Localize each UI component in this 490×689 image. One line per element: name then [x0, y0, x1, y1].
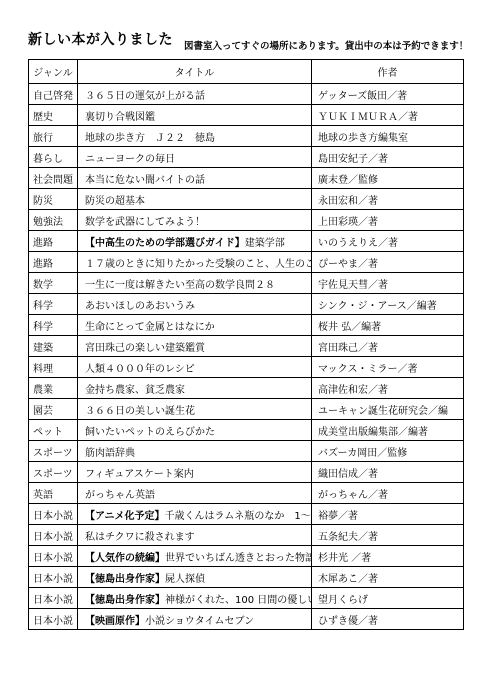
author-cell: 地球の歩き方編集室	[312, 126, 464, 147]
genre-label: 日本小説	[33, 532, 73, 543]
title-prefix: 【徳島出身作家】	[85, 595, 165, 606]
author-label: シンク・ジ・アース／編著	[318, 301, 437, 312]
table-row: 英語 がっちゃん英語 がっちゃん／著	[29, 483, 464, 504]
author-label: ユーキャン誕生花研究会／編	[318, 406, 448, 417]
title-text: ３６５日の運気が上がる話	[85, 91, 205, 102]
title-cell: 地球の歩き方 Ｊ２２ 徳島	[78, 126, 312, 147]
title-text: ニューヨークの毎日	[85, 154, 175, 165]
title-cell: 宮田珠己の楽しい建築鑑賞	[78, 336, 312, 357]
title-text: 私はチクワに殺されます	[85, 532, 195, 543]
author-cell: ゲッターズ飯田／著	[312, 84, 464, 105]
table-row: ペット 飼いたいペットのえらびかた 成美堂出版編集部／編著	[29, 420, 464, 441]
title-prefix: 【人気作の続編】	[85, 553, 165, 564]
title-cell: フィギュアスケート案内	[78, 462, 312, 483]
table-row: 農業 金持ち農家、貧乏農家 高津佐和宏／著	[29, 378, 464, 399]
genre-label: 日本小説	[33, 616, 73, 627]
title-text: 生命にとって金属とはなにか	[85, 322, 215, 333]
table-row: 歴史 裏切り合戦図鑑 ＹＵＫＩＭＵＲＡ／著	[29, 105, 464, 126]
title-text: がっちゃん英語	[85, 490, 155, 501]
genre-cell: 自己啓発	[29, 84, 78, 105]
title-cell: ニューヨークの毎日	[78, 147, 312, 168]
author-cell: 宇佐見天彗／著	[312, 273, 464, 294]
title-cell: がっちゃん英語	[78, 483, 312, 504]
genre-label: 日本小説	[33, 511, 73, 522]
genre-cell: 日本小説	[29, 546, 78, 567]
title-cell: 一生に一度は解きたい至高の数学良問２８	[78, 273, 312, 294]
new-books-table: ジャンル タイトル 作者 自己啓発 ３６５日の運気が上がる話 ゲッターズ飯田／著…	[28, 59, 464, 630]
genre-label: 旅行	[33, 133, 53, 144]
genre-label: 進路	[33, 238, 53, 249]
genre-cell: 防災	[29, 189, 78, 210]
table-row: 自己啓発 ３６５日の運気が上がる話 ゲッターズ飯田／著	[29, 84, 464, 105]
genre-cell: 日本小説	[29, 588, 78, 609]
genre-cell: 科学	[29, 294, 78, 315]
author-label: 裕夢／著	[318, 511, 358, 522]
title-text: 神様がくれた、100 日間の優しい奇跡	[165, 595, 312, 606]
table-row: 日本小説 【人気作の続編】世界でいちばん透きとおった物語２ 杉井光 ／著	[29, 546, 464, 567]
author-cell: ぴーやま／著	[312, 252, 464, 273]
author-cell: バズーカ岡田／監修	[312, 441, 464, 462]
genre-label: 社会問題	[33, 175, 73, 186]
header-row: ジャンル タイトル 作者	[29, 60, 464, 84]
title-prefix: 【映画原作】	[85, 616, 145, 627]
author-label: マックス・ミラー／著	[318, 364, 418, 375]
author-cell: 桜井 弘／編著	[312, 315, 464, 336]
title-cell: 私はチクワに殺されます	[78, 525, 312, 546]
genre-label: 勉強法	[33, 217, 63, 228]
title-prefix: 【徳島出身作家】	[85, 574, 165, 585]
genre-cell: 料理	[29, 357, 78, 378]
genre-label: 日本小説	[33, 574, 73, 585]
author-label: 桜井 弘／編著	[318, 322, 381, 333]
title-text: １７歳のときに知りたかった受験のこと、人生のこと。	[85, 259, 312, 270]
title-text: 防災の超基本	[85, 196, 145, 207]
genre-label: ペット	[33, 427, 63, 438]
title-text: 本当に危ない闇バイトの話	[85, 175, 205, 186]
table-row: スポーツ フィギュアスケート案内 織田信成／著	[29, 462, 464, 483]
author-label: ＹＵＫＩＭＵＲＡ／著	[318, 112, 418, 123]
author-cell: ユーキャン誕生花研究会／編	[312, 399, 464, 420]
genre-cell: ペット	[29, 420, 78, 441]
title-text: 地球の歩き方 Ｊ２２ 徳島	[85, 133, 215, 144]
genre-cell: 建築	[29, 336, 78, 357]
author-label: 織田信成／著	[318, 469, 378, 480]
table-row: 建築 宮田珠己の楽しい建築鑑賞 宮田珠己／著	[29, 336, 464, 357]
genre-label: 日本小説	[33, 595, 73, 606]
table-row: 進路 １７歳のときに知りたかった受験のこと、人生のこと。 ぴーやま／著	[29, 252, 464, 273]
title-text: 小説ショウタイムセブン	[145, 616, 254, 627]
author-cell: 木犀あこ／著	[312, 567, 464, 588]
author-label: 上田彩瑛／著	[318, 217, 378, 228]
author-label: 成美堂出版編集部／編著	[318, 427, 428, 438]
table-row: 防災 防災の超基本 永田宏和／著	[29, 189, 464, 210]
author-label: 高津佐和宏／著	[318, 385, 388, 396]
title-text: 人類４０００年のレシピ	[85, 364, 195, 375]
genre-cell: 英語	[29, 483, 78, 504]
title-prefix: 【アニメ化予定】	[85, 511, 165, 522]
genre-cell: 進路	[29, 252, 78, 273]
author-cell: 織田信成／著	[312, 462, 464, 483]
genre-label: 英語	[33, 490, 53, 501]
author-label: がっちゃん／著	[318, 490, 388, 501]
table-row: スポーツ 筋肉語辞典 バズーカ岡田／監修	[29, 441, 464, 462]
author-label: 島田安紀子／著	[318, 154, 388, 165]
genre-label: 自己啓発	[33, 91, 73, 102]
title-cell: 生命にとって金属とはなにか	[78, 315, 312, 336]
author-cell: いのうえりえ／著	[312, 231, 464, 252]
table-row: 社会問題 本当に危ない闇バイトの話 廣末登／監修	[29, 168, 464, 189]
author-label: ひずき優／著	[318, 616, 378, 627]
author-label: 杉井光 ／著	[318, 553, 371, 564]
table-row: 日本小説 【徳島出身作家】神様がくれた、100 日間の優しい奇跡 望月くらげ	[29, 588, 464, 609]
genre-label: 料理	[33, 364, 53, 375]
title-cell: 【アニメ化予定】千歳くんはラムネ瓶のなか 1～3	[78, 504, 312, 525]
table-header: ジャンル タイトル 作者	[29, 60, 464, 84]
author-cell: 島田安紀子／著	[312, 147, 464, 168]
genre-cell: 進路	[29, 231, 78, 252]
title-cell: 【徳島出身作家】屍人探偵	[78, 567, 312, 588]
table-row: 科学 あおいほしのあおいうみ シンク・ジ・アース／編著	[29, 294, 464, 315]
author-cell: 五条紀夫／著	[312, 525, 464, 546]
genre-cell: 旅行	[29, 126, 78, 147]
genre-label: 建築	[33, 343, 53, 354]
title-cell: ３６６日の美しい誕生花	[78, 399, 312, 420]
title-text: 飼いたいペットのえらびかた	[85, 427, 215, 438]
genre-cell: 暮らし	[29, 147, 78, 168]
genre-label: 数学	[33, 280, 53, 291]
title-text: 筋肉語辞典	[85, 448, 135, 459]
title-prefix: 【中高生のための学部選びガイド】	[85, 238, 245, 249]
genre-cell: スポーツ	[29, 441, 78, 462]
table-row: 日本小説 【アニメ化予定】千歳くんはラムネ瓶のなか 1～3 裕夢／著	[29, 504, 464, 525]
title-cell: 筋肉語辞典	[78, 441, 312, 462]
author-label: 宮田珠己／著	[318, 343, 378, 354]
table-row: 料理 人類４０００年のレシピ マックス・ミラー／著	[29, 357, 464, 378]
author-label: ゲッターズ飯田／著	[318, 91, 407, 102]
title-cell: 裏切り合戦図鑑	[78, 105, 312, 126]
table-row: 数学 一生に一度は解きたい至高の数学良問２８ 宇佐見天彗／著	[29, 273, 464, 294]
genre-cell: 日本小説	[29, 525, 78, 546]
genre-label: スポーツ	[33, 469, 73, 480]
title-text: 屍人探偵	[165, 574, 205, 585]
genre-label: スポーツ	[33, 448, 73, 459]
table-row: 進路 【中高生のための学部選びガイド】建築学部 いのうえりえ／著	[29, 231, 464, 252]
title-text: 建築学部	[245, 238, 285, 249]
genre-cell: 日本小説	[29, 567, 78, 588]
author-label: 永田宏和／著	[318, 196, 378, 207]
author-cell: 宮田珠己／著	[312, 336, 464, 357]
author-label: 望月くらげ	[318, 595, 368, 606]
title-text: 世界でいちばん透きとおった物語２	[165, 553, 312, 564]
title-cell: あおいほしのあおいうみ	[78, 294, 312, 315]
document-page: 新しい本が入りました 図書室入ってすぐの場所にあります。貸出中の本は予約できます…	[0, 0, 490, 689]
location-note: 図書室入ってすぐの場所にあります。貸出中の本は予約できます！	[184, 38, 468, 52]
title-cell: 防災の超基本	[78, 189, 312, 210]
genre-cell: 日本小説	[29, 504, 78, 525]
author-cell: 永田宏和／著	[312, 189, 464, 210]
author-cell: 成美堂出版編集部／編著	[312, 420, 464, 441]
table-row: 旅行 地球の歩き方 Ｊ２２ 徳島 地球の歩き方編集室	[29, 126, 464, 147]
table-row: 日本小説 【映画原作】小説ショウタイムセブン ひずき優／著	[29, 609, 464, 630]
author-cell: 廣末登／監修	[312, 168, 464, 189]
title-text: 千歳くんはラムネ瓶のなか 1～3	[165, 511, 312, 522]
genre-label: 日本小説	[33, 553, 73, 564]
title-text: 宮田珠己の楽しい建築鑑賞	[85, 343, 205, 354]
title-text: 金持ち農家、貧乏農家	[85, 385, 185, 396]
table-row: 暮らし ニューヨークの毎日 島田安紀子／著	[29, 147, 464, 168]
title-cell: 【人気作の続編】世界でいちばん透きとおった物語２	[78, 546, 312, 567]
author-cell: マックス・ミラー／著	[312, 357, 464, 378]
genre-label: 暮らし	[33, 154, 63, 165]
table-row: 園芸 ３６６日の美しい誕生花 ユーキャン誕生花研究会／編	[29, 399, 464, 420]
column-header-genre: ジャンル	[29, 60, 78, 84]
author-cell: 上田彩瑛／著	[312, 210, 464, 231]
author-label: ぴーやま／著	[318, 259, 378, 270]
author-cell: がっちゃん／著	[312, 483, 464, 504]
title-cell: 本当に危ない闇バイトの話	[78, 168, 312, 189]
title-text: ３６６日の美しい誕生花	[85, 406, 195, 417]
table-row: 日本小説 私はチクワに殺されます 五条紀夫／著	[29, 525, 464, 546]
author-label: 宇佐見天彗／著	[318, 280, 388, 291]
title-text: 一生に一度は解きたい至高の数学良問２８	[85, 280, 275, 291]
title-cell: 【映画原作】小説ショウタイムセブン	[78, 609, 312, 630]
table-row: 勉強法 数学を武器にしてみよう！ 上田彩瑛／著	[29, 210, 464, 231]
author-label: いのうえりえ／著	[318, 238, 398, 249]
author-cell: シンク・ジ・アース／編著	[312, 294, 464, 315]
table-row: 日本小説 【徳島出身作家】屍人探偵 木犀あこ／著	[29, 567, 464, 588]
title-cell: 【徳島出身作家】神様がくれた、100 日間の優しい奇跡	[78, 588, 312, 609]
genre-label: 歴史	[33, 112, 53, 123]
genre-cell: 日本小説	[29, 609, 78, 630]
genre-cell: スポーツ	[29, 462, 78, 483]
genre-label: 防災	[33, 196, 53, 207]
author-cell: ひずき優／著	[312, 609, 464, 630]
author-cell: 裕夢／著	[312, 504, 464, 525]
title-cell: 【中高生のための学部選びガイド】建築学部	[78, 231, 312, 252]
title-text: あおいほしのあおいうみ	[85, 301, 195, 312]
author-cell: 望月くらげ	[312, 588, 464, 609]
title-cell: ３６５日の運気が上がる話	[78, 84, 312, 105]
column-header-title: タイトル	[78, 60, 312, 84]
genre-cell: 数学	[29, 273, 78, 294]
page-title: 新しい本が入りました	[28, 29, 173, 49]
title-cell: １７歳のときに知りたかった受験のこと、人生のこと。	[78, 252, 312, 273]
book-table-body: 自己啓発 ３６５日の運気が上がる話 ゲッターズ飯田／著 歴史 裏切り合戦図鑑 Ｙ…	[29, 84, 464, 630]
column-header-author: 作者	[312, 60, 464, 84]
author-cell: 杉井光 ／著	[312, 546, 464, 567]
genre-cell: 科学	[29, 315, 78, 336]
genre-label: 農業	[33, 385, 53, 396]
title-cell: 飼いたいペットのえらびかた	[78, 420, 312, 441]
genre-cell: 園芸	[29, 399, 78, 420]
author-cell: 高津佐和宏／著	[312, 378, 464, 399]
genre-label: 科学	[33, 301, 53, 312]
title-cell: 数学を武器にしてみよう！	[78, 210, 312, 231]
genre-label: 園芸	[33, 406, 53, 417]
genre-cell: 勉強法	[29, 210, 78, 231]
genre-cell: 農業	[29, 378, 78, 399]
table-row: 科学 生命にとって金属とはなにか 桜井 弘／編著	[29, 315, 464, 336]
genre-cell: 歴史	[29, 105, 78, 126]
author-cell: ＹＵＫＩＭＵＲＡ／著	[312, 105, 464, 126]
title-text: 数学を武器にしてみよう！	[85, 217, 205, 228]
author-label: 地球の歩き方編集室	[318, 133, 408, 144]
author-label: 木犀あこ／著	[318, 574, 378, 585]
author-label: 廣末登／監修	[318, 175, 378, 186]
title-text: フィギュアスケート案内	[85, 469, 194, 480]
author-label: バズーカ岡田／監修	[318, 448, 407, 459]
genre-label: 科学	[33, 322, 53, 333]
title-cell: 金持ち農家、貧乏農家	[78, 378, 312, 399]
title-cell: 人類４０００年のレシピ	[78, 357, 312, 378]
genre-label: 進路	[33, 259, 53, 270]
author-label: 五条紀夫／著	[318, 532, 378, 543]
genre-cell: 社会問題	[29, 168, 78, 189]
title-text: 裏切り合戦図鑑	[85, 112, 155, 123]
